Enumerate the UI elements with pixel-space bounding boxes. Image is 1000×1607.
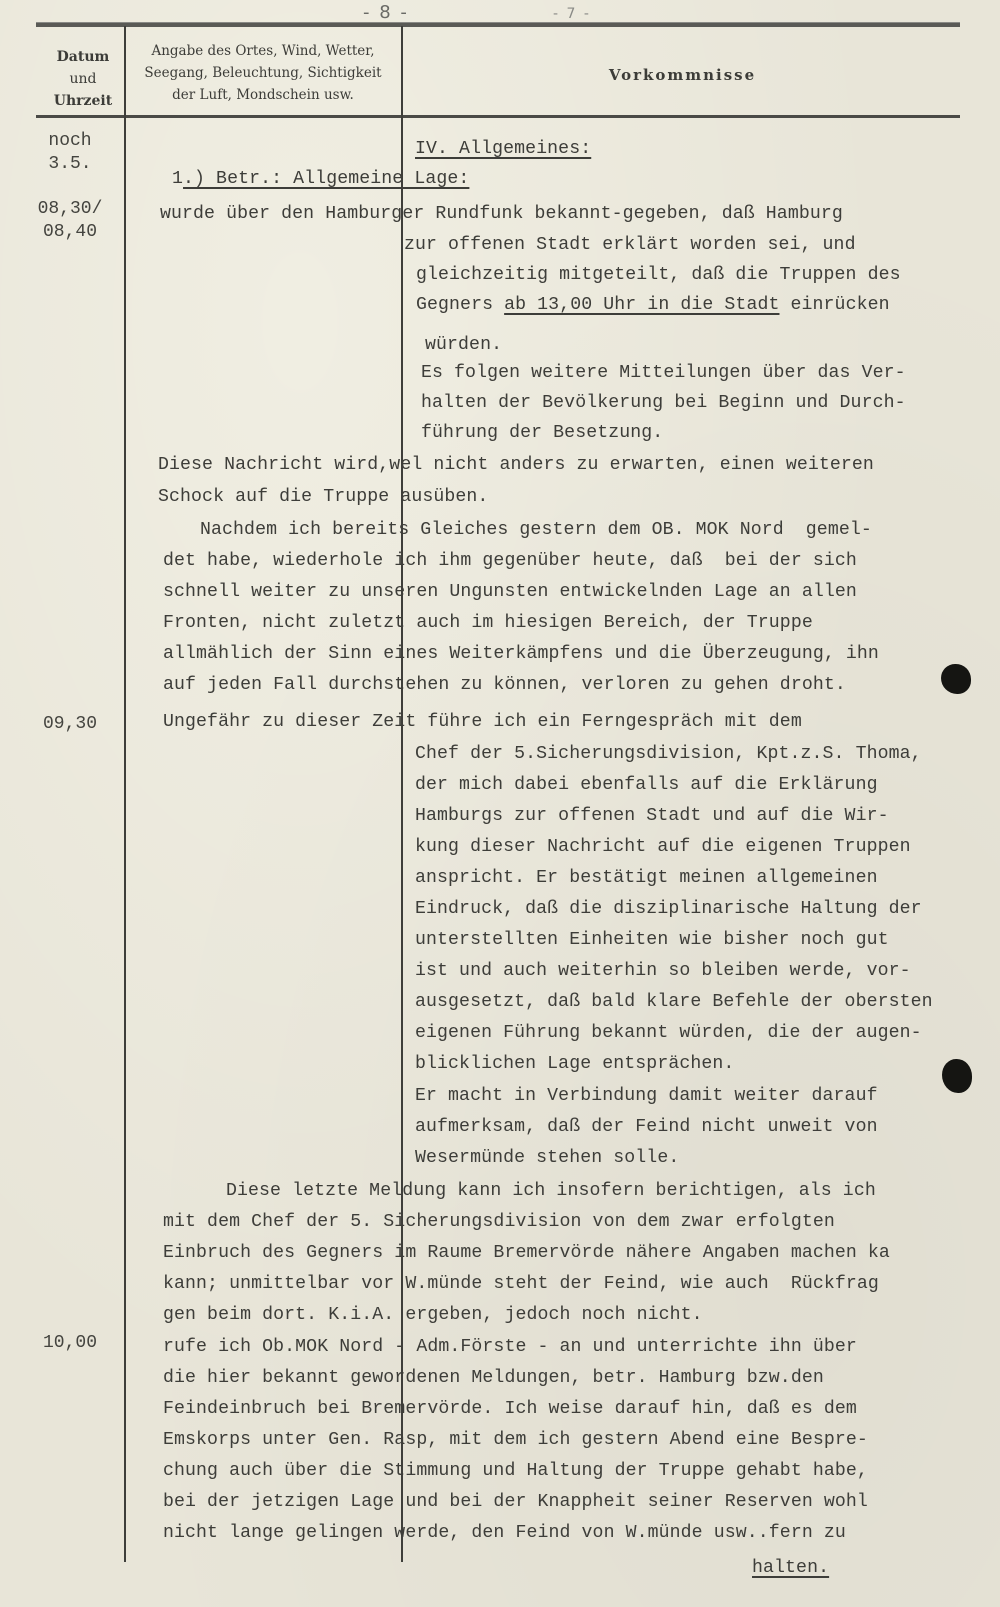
text-line: unterstellten Einheiten wie bisher noch … — [415, 929, 889, 951]
underlined-time: ab 13,00 Uhr in die Stadt — [504, 295, 779, 315]
text-line: zur offenen Stadt erklärt worden sei, un… — [404, 234, 856, 256]
header-date-time: Datum und Uhrzeit — [44, 46, 122, 112]
text-line: Diese letzte Meldung kann ich insofern b… — [226, 1180, 876, 1202]
header-rule — [36, 115, 960, 118]
text-line: gleichzeitig mitgeteilt, daß die Truppen… — [416, 264, 901, 286]
text-line: allmählich der Sinn eines Weiterkämpfens… — [163, 643, 879, 665]
text-line: ist und auch weiterhin so bleiben werde,… — [415, 960, 911, 982]
time-noch: noch — [20, 130, 120, 153]
text-line: führung der Besetzung. — [421, 422, 663, 444]
time-start: 08,30/ — [20, 198, 120, 221]
header-date-label: Datum — [44, 46, 122, 68]
text-line: Emskorps unter Gen. Rasp, mit dem ich ge… — [163, 1429, 868, 1451]
text-line: die hier bekannt gewordenen Meldungen, b… — [163, 1367, 824, 1389]
text-fragment: einrücken — [779, 295, 889, 315]
column-divider-date — [124, 26, 126, 1562]
text-line: wurde über den Hamburger Rundfunk bekann… — [160, 203, 843, 225]
header-location-line: Seegang, Beleuchtung, Sichtigkeit — [126, 62, 400, 84]
ink-blot — [941, 664, 971, 694]
section-subheading: 1.) Betr.: Allgemeine Lage: — [172, 168, 469, 190]
column-divider-location — [401, 26, 403, 1562]
text-line: anspricht. Er bestätigt meinen allgemein… — [415, 867, 878, 889]
text-line: Feindeinbruch bei Bremervörde. Ich weise… — [163, 1398, 857, 1420]
text-line: ausgesetzt, daß bald klare Befehle der o… — [415, 991, 933, 1013]
text-line: halten der Bevölkerung bei Beginn und Du… — [421, 392, 906, 414]
time-entry: 10,00 — [20, 1332, 120, 1355]
text-line: chung auch über die Stimmung und Haltung… — [163, 1460, 868, 1482]
text-line: würden. — [425, 334, 502, 356]
text-line: mit dem Chef der 5. Sicherungsdivision v… — [163, 1211, 835, 1233]
text-line: Er macht in Verbindung damit weiter dara… — [415, 1085, 878, 1107]
time-entry: 09,30 — [20, 713, 120, 736]
text-line: Hamburgs zur offenen Stadt und auf die W… — [415, 805, 889, 827]
text-line: rufe ich Ob.MOK Nord - Adm.Förste - an u… — [163, 1336, 857, 1358]
header-location-line: Angabe des Ortes, Wind, Wetter, — [126, 40, 400, 62]
text-line: Nachdem ich bereits Gleiches gestern dem… — [200, 519, 872, 541]
text-line: Chef der 5.Sicherungsdivision, Kpt.z.S. … — [415, 743, 922, 765]
text-line: Fronten, nicht zuletzt auch im hiesigen … — [163, 612, 813, 634]
text-line: Diese Nachricht wird,wel nicht anders zu… — [158, 454, 874, 476]
text-line: eigenen Führung bekannt würden, die der … — [415, 1022, 922, 1044]
text-line: auf jeden Fall durchstehen zu können, ve… — [163, 674, 846, 696]
text-line: der mich dabei ebenfalls auf die Erkläru… — [415, 774, 878, 796]
time-entry: noch 3.5. — [20, 130, 120, 176]
text-line: Gegners ab 13,00 Uhr in die Stadt einrüc… — [416, 294, 890, 316]
top-rule — [36, 22, 960, 27]
text-line: nicht lange gelingen werde, den Feind vo… — [163, 1522, 846, 1544]
old-page-number: - 7 - — [553, 6, 591, 22]
text-line: Es folgen weitere Mitteilungen über das … — [421, 362, 906, 384]
header-time-label: Uhrzeit — [44, 90, 122, 112]
ink-blot — [942, 1059, 972, 1093]
header-location-weather: Angabe des Ortes, Wind, Wetter, Seegang,… — [126, 40, 400, 106]
text-line-final: halten. — [752, 1557, 829, 1579]
text-line: kann; unmittelbar vor W.münde steht der … — [163, 1273, 879, 1295]
text-line: Einbruch des Gegners im Raume Bremervörd… — [163, 1242, 890, 1264]
text-line: blicklichen Lage entsprächen. — [415, 1053, 734, 1075]
text-line: aufmerksam, daß der Feind nicht unweit v… — [415, 1116, 878, 1138]
text-line: bei der jetzigen Lage und bei der Knapph… — [163, 1491, 868, 1513]
page-number: - 8 - — [363, 2, 409, 23]
document-page: - 8 - - 7 - Datum und Uhrzeit Angabe des… — [0, 0, 1000, 1607]
header-events: Vorkommnisse — [405, 64, 960, 86]
text-line: schnell weiter zu unseren Ungunsten entw… — [163, 581, 857, 603]
header-and-label: und — [44, 68, 122, 90]
text-line: kung dieser Nachricht auf die eigenen Tr… — [415, 836, 911, 858]
time-entry: 08,30/ 08,40 — [20, 198, 120, 244]
time-end: 08,40 — [20, 221, 120, 244]
text-line: Ungefähr zu dieser Zeit führe ich ein Fe… — [163, 711, 802, 733]
text-line: Wesermünde stehen solle. — [415, 1147, 679, 1169]
section-heading: IV. Allgemeines: — [415, 138, 591, 160]
header-location-line: der Luft, Mondschein usw. — [126, 84, 400, 106]
text-line: gen beim dort. K.i.A. ergeben, jedoch no… — [163, 1304, 703, 1326]
text-line: Schock auf die Truppe ausüben. — [158, 486, 488, 508]
time-date: 3.5. — [20, 153, 120, 176]
text-fragment: Gegners — [416, 295, 504, 315]
text-line: Eindruck, daß die disziplinarische Haltu… — [415, 898, 922, 920]
text-line: det habe, wiederhole ich ihm gegenüber h… — [163, 550, 857, 572]
